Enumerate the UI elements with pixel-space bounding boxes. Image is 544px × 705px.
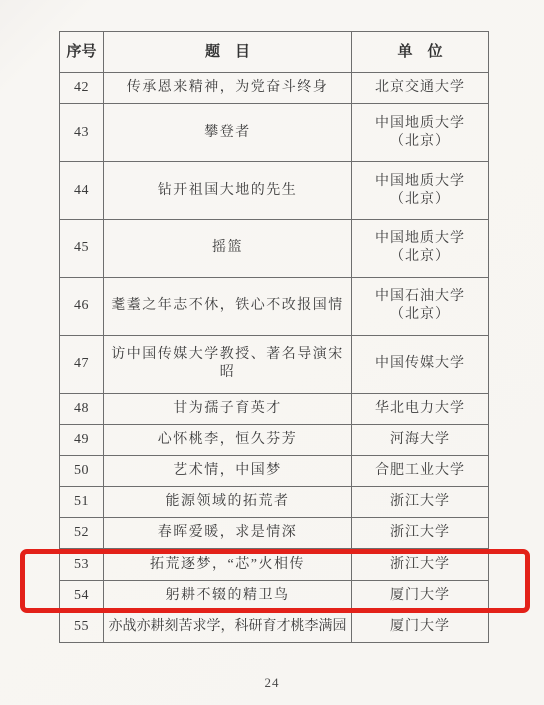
table-row: 51 能源领域的拓荒者 浙江大学 bbox=[60, 487, 489, 518]
table-row: 43 攀登者 中国地质大学 （北京） bbox=[60, 104, 489, 162]
row-unit: 浙江大学 bbox=[352, 549, 489, 580]
table-row: 45 摇篮 中国地质大学 （北京） bbox=[60, 219, 489, 277]
row-unit: 中国传媒大学 bbox=[352, 335, 489, 393]
row-title: 甘为孺子育英才 bbox=[104, 393, 352, 424]
table-row: 46 耄耋之年志不休，铁心不改报国情 中国石油大学 （北京） bbox=[60, 277, 489, 335]
row-unit: 北京交通大学 bbox=[352, 73, 489, 104]
row-unit: 浙江大学 bbox=[352, 518, 489, 549]
row-number: 51 bbox=[60, 487, 104, 518]
row-number: 48 bbox=[60, 393, 104, 424]
row-number: 49 bbox=[60, 424, 104, 455]
row-number: 44 bbox=[60, 162, 104, 220]
scanned-page: 序号 题 目 单 位 42 传承恩来精神，为党奋斗终身 北京交通大学 43 攀登… bbox=[0, 0, 544, 705]
row-number: 52 bbox=[60, 518, 104, 549]
row-unit: 中国石油大学 （北京） bbox=[352, 277, 489, 335]
header-no: 序号 bbox=[60, 32, 104, 73]
page-number: 24 bbox=[0, 675, 544, 691]
row-number: 42 bbox=[60, 73, 104, 104]
row-title: 亦战亦耕刻苦求学，科研育才桃李满园 bbox=[104, 611, 352, 642]
row-unit: 合肥工业大学 bbox=[352, 455, 489, 486]
table-row: 42 传承恩来精神，为党奋斗终身 北京交通大学 bbox=[60, 73, 489, 104]
row-number: 53 bbox=[60, 549, 104, 580]
table-row: 48 甘为孺子育英才 华北电力大学 bbox=[60, 393, 489, 424]
row-number: 46 bbox=[60, 277, 104, 335]
row-title: 摇篮 bbox=[104, 219, 352, 277]
row-unit: 厦门大学 bbox=[352, 611, 489, 642]
row-number: 50 bbox=[60, 455, 104, 486]
row-title: 攀登者 bbox=[104, 104, 352, 162]
row-unit: 浙江大学 bbox=[352, 487, 489, 518]
header-title: 题 目 bbox=[104, 32, 352, 73]
table-row: 53 拓荒逐梦，“芯”火相传 浙江大学 bbox=[60, 549, 489, 580]
table-row: 47 访中国传媒大学教授、著名导演宋昭 中国传媒大学 bbox=[60, 335, 489, 393]
row-title: 耄耋之年志不休，铁心不改报国情 bbox=[104, 277, 352, 335]
table-row: 49 心怀桃李，恒久芬芳 河海大学 bbox=[60, 424, 489, 455]
row-number: 43 bbox=[60, 104, 104, 162]
row-unit: 厦门大学 bbox=[352, 580, 489, 611]
row-unit: 华北电力大学 bbox=[352, 393, 489, 424]
row-number: 45 bbox=[60, 219, 104, 277]
row-unit: 中国地质大学 （北京） bbox=[352, 162, 489, 220]
table-row: 54 躬耕不辍的精卫鸟 厦门大学 bbox=[60, 580, 489, 611]
table-body: 42 传承恩来精神，为党奋斗终身 北京交通大学 43 攀登者 中国地质大学 （北… bbox=[60, 73, 489, 643]
row-unit: 中国地质大学 （北京） bbox=[352, 219, 489, 277]
table-row: 44 钻开祖国大地的先生 中国地质大学 （北京） bbox=[60, 162, 489, 220]
table-row: 50 艺术情，中国梦 合肥工业大学 bbox=[60, 455, 489, 486]
row-number: 55 bbox=[60, 611, 104, 642]
row-title: 躬耕不辍的精卫鸟 bbox=[104, 580, 352, 611]
row-number: 54 bbox=[60, 580, 104, 611]
row-unit: 河海大学 bbox=[352, 424, 489, 455]
row-title: 艺术情，中国梦 bbox=[104, 455, 352, 486]
row-unit: 中国地质大学 （北京） bbox=[352, 104, 489, 162]
row-title: 传承恩来精神，为党奋斗终身 bbox=[104, 73, 352, 104]
entries-table: 序号 题 目 单 位 42 传承恩来精神，为党奋斗终身 北京交通大学 43 攀登… bbox=[59, 31, 489, 643]
row-title: 能源领域的拓荒者 bbox=[104, 487, 352, 518]
row-number: 47 bbox=[60, 335, 104, 393]
row-title: 拓荒逐梦，“芯”火相传 bbox=[104, 549, 352, 580]
table-row: 55 亦战亦耕刻苦求学，科研育才桃李满园 厦门大学 bbox=[60, 611, 489, 642]
header-unit: 单 位 bbox=[352, 32, 489, 73]
row-title: 心怀桃李，恒久芬芳 bbox=[104, 424, 352, 455]
row-title: 春晖爱暖，求是情深 bbox=[104, 518, 352, 549]
row-title: 访中国传媒大学教授、著名导演宋昭 bbox=[104, 335, 352, 393]
row-title: 钻开祖国大地的先生 bbox=[104, 162, 352, 220]
table-row: 52 春晖爱暖，求是情深 浙江大学 bbox=[60, 518, 489, 549]
table-header-row: 序号 题 目 单 位 bbox=[60, 32, 489, 73]
